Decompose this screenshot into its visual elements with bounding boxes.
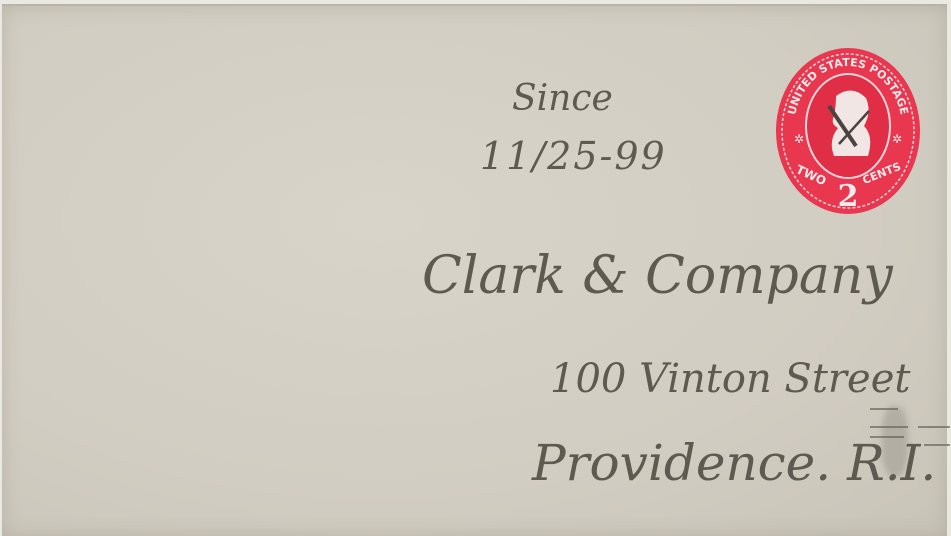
- stamp-denomination: 2: [838, 179, 859, 214]
- address-line-2: 100 Vinton Street: [550, 356, 910, 402]
- postmark-cancel-lines: [868, 401, 950, 481]
- envelope: UNITED STATES POSTAGE ✲ ✲ TWO CENTS 2 Si…: [2, 4, 947, 536]
- postage-stamp: UNITED STATES POSTAGE ✲ ✲ TWO CENTS 2: [774, 46, 922, 216]
- address-line-1: Clark & Company: [422, 246, 893, 306]
- handwritten-note: Since: [512, 78, 613, 119]
- handwritten-date: 11/25-99: [480, 134, 667, 178]
- svg-text:✲: ✲: [892, 132, 902, 146]
- svg-text:✲: ✲: [794, 132, 804, 146]
